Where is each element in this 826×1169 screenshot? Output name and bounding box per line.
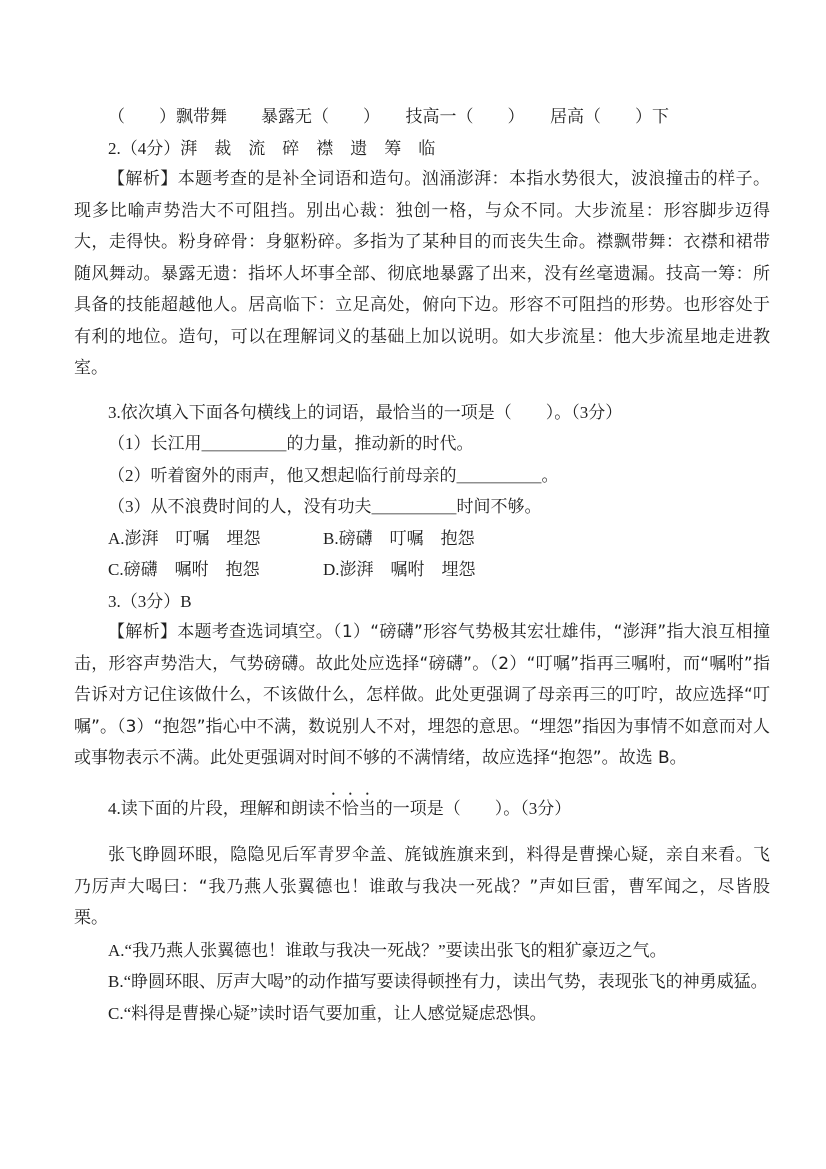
document-page: （ ）飘带舞 暴露无（ ） 技高一（ ） 居高（ ）下 2.（4分）湃 裁 流 … [0, 0, 826, 1169]
q4-stem-prefix: 4.读下面的片段，理解和朗读 [108, 799, 325, 818]
q3-item-2: （2）听着窗外的雨声，他又想起临行前母亲的＿＿＿＿＿。 [74, 460, 770, 492]
q3-options-row-cd: C.磅礴 嘱咐 抱怨D.澎湃 嘱咐 埋怨 [74, 554, 770, 586]
q4-stem: 4.读下面的片段，理解和朗读不恰当的一项是（ ）。（3分） [74, 789, 770, 825]
q3-item-1: （1）长江用＿＿＿＿＿的力量，推动新的时代。 [74, 428, 770, 460]
q4-option-b: B.“睁圆环眼、厉声大喝”的动作描写要读得顿挫有力，读出气势，表现张飞的神勇威猛… [74, 966, 770, 998]
q2-analysis-paragraph: 【解析】本题考查的是补全词语和造句。汹涌澎湃：本指水势很大，波浪撞击的样子。现多… [74, 164, 770, 385]
q3-answer-line: 3.（3分）B [74, 586, 770, 618]
q2-blank-words-line: （ ）飘带舞 暴露无（ ） 技高一（ ） 居高（ ）下 [74, 101, 770, 133]
q3-options-row-ab: A.澎湃 叮嘱 埋怨B.磅礴 叮嘱 抱怨 [74, 523, 770, 555]
q3-item-3: （3）从不浪费时间的人，没有功夫＿＿＿＿＿时间不够。 [74, 491, 770, 523]
q3-option-a: A.澎湃 叮嘱 埋怨 [108, 523, 323, 555]
q4-reading-passage: 张飞睁圆环眼，隐隐见后军青罗伞盖、旄钺旌旗来到，料得是曹操心疑，亲自来看。飞乃厉… [74, 840, 770, 935]
q4-stem-emphasized-word: 不恰当 [325, 799, 376, 818]
q3-analysis-paragraph: 【解析】本题考查选词填空。（1）“磅礴”形容气势极其宏壮雄伟，“澎湃”指大浪互相… [74, 617, 770, 775]
q3-option-d: D.澎湃 嘱咐 埋怨 [323, 560, 476, 579]
q2-answer-line: 2.（4分）湃 裁 流 碎 襟 遗 筹 临 [74, 133, 770, 165]
q4-option-a: A.“我乃燕人张翼德也！谁敢与我决一死战？”要读出张飞的粗犷豪迈之气。 [74, 935, 770, 967]
q3-option-b: B.磅礴 叮嘱 抱怨 [323, 529, 475, 548]
q3-option-c: C.磅礴 嘱咐 抱怨 [108, 554, 323, 586]
q4-option-c: C.“料得是曹操心疑”读时语气要加重，让人感觉疑虑恐惧。 [74, 998, 770, 1030]
q4-stem-suffix: 的一项是（ ）。（3分） [376, 799, 572, 818]
q3-stem: 3.依次填入下面各句横线上的词语，最恰当的一项是（ ）。（3分） [74, 397, 770, 429]
